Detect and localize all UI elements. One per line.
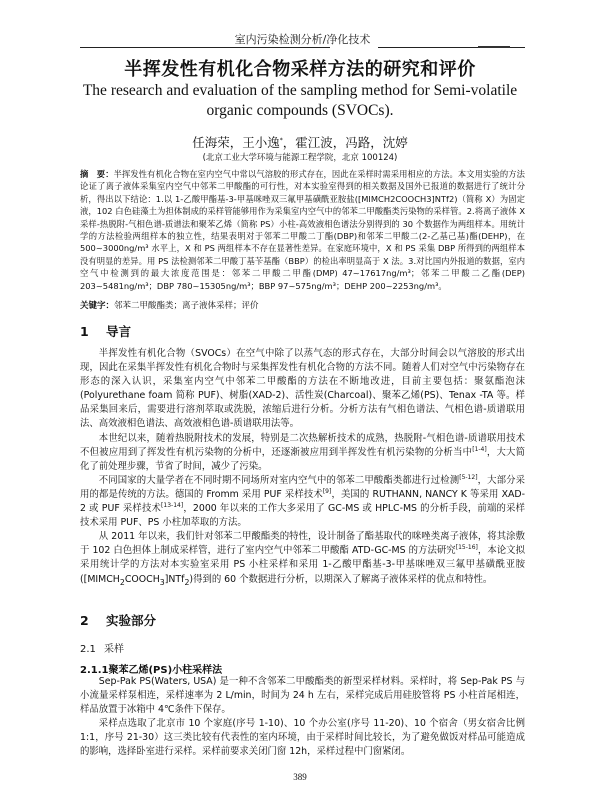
affiliation: (北京工业大学环境与能源工程学院，北京 100124) <box>0 151 600 163</box>
text-run: 本世纪以来，随着热脱附技术的发展，特别是二次热解析技术的成熟，热脱附-气相色谱-… <box>80 433 525 458</box>
keywords-label: 关键字： <box>80 301 114 311</box>
title-english: The research and evaluation of the sampl… <box>70 81 530 121</box>
header-rule-gap <box>330 46 378 49</box>
keywords-text: 邻苯二甲酸酯类；离子液体采样；评价 <box>114 301 259 311</box>
text-run: ]NTf <box>165 574 185 585</box>
subsubsection-heading: 2.1.1聚苯乙烯(PS)小柱采样法 <box>80 661 222 676</box>
paragraph: Sep-Pak PS(Waters, USA) 是一种不含邻苯二甲酸酯类的新型采… <box>80 675 525 717</box>
section-title: 实验部分 <box>106 613 156 628</box>
text-run: )得到的 60 个数据进行分析，以期深入了解离子液体采样的优点和特性。 <box>189 574 492 585</box>
paragraph: 从 2011 年以来，我们针对邻苯二甲酸酯类的特性，设计制备了酯基取代的咪唑类离… <box>80 530 525 589</box>
keywords: 关键字：邻苯二甲酸酯类；离子液体采样；评价 <box>80 299 525 311</box>
section-1-body: 半挥发性有机化合物（SVOCs）在空气中除了以蒸气态的形式存在，大部分时间会以气… <box>80 347 525 589</box>
citation: [13-14] <box>161 502 183 509</box>
section-number: 2 <box>80 613 106 628</box>
page-number: 389 <box>0 772 600 782</box>
author-list: 任海荣，王小逸*，霍江波，冯路，沈婷 <box>0 133 600 151</box>
running-head: 室内污染检测分析/净化技术 <box>80 33 525 47</box>
abstract: 摘 要：半挥发性有机化合物在室内空气中常以气溶胶的形式存在，因此在采样时需采用相… <box>80 168 525 292</box>
citation: [5-12] <box>459 474 477 481</box>
header-rule-accent <box>478 46 510 48</box>
section-heading-1: 1导言 <box>80 322 131 340</box>
abstract-label: 摘 要： <box>80 169 114 179</box>
paragraph: 半挥发性有机化合物（SVOCs）在空气中除了以蒸气态的形式存在，大部分时间会以气… <box>80 347 525 432</box>
abstract-text: 半挥发性有机化合物在室内空气中常以气溶胶的形式存在，因此在采样时需采用相应的方法… <box>80 169 525 291</box>
header-rule <box>80 47 525 48</box>
citation: [1-4] <box>472 446 486 453</box>
title-chinese: 半挥发性有机化合物采样方法的研究和评价 <box>0 55 600 81</box>
paper-page: 室内污染检测分析/净化技术 半挥发性有机化合物采样方法的研究和评价 The re… <box>0 0 600 795</box>
authors-first: 任海荣，王小逸 <box>192 135 280 150</box>
citation: [15-16] <box>456 544 478 551</box>
section-2-body: Sep-Pak PS(Waters, USA) 是一种不含邻苯二甲酸酯类的新型采… <box>80 675 525 760</box>
text-run: 不同国家的大量学者在不同时期不同场所对室内空气中的邻苯二甲酸酯类都进行过检测 <box>99 475 459 486</box>
authors-rest: ，霍江波，冯路，沈婷 <box>283 135 408 150</box>
subsection-heading: 2.1采样 <box>80 640 124 655</box>
section-number: 1 <box>80 324 106 339</box>
paragraph: 采样点选取了北京市 10 个家庭(序号 1-10)、10 个办公室(序号 11-… <box>80 717 525 759</box>
section-heading-2: 2实验部分 <box>80 611 156 629</box>
text-run: COOCH <box>125 574 160 585</box>
paragraph: 不同国家的大量学者在不同时期不同场所对室内空气中的邻苯二甲酸酯类都进行过检测[5… <box>80 474 525 530</box>
paragraph: 本世纪以来，随着热脱附技术的发展，特别是二次热解析技术的成熟，热脱附-气相色谱-… <box>80 432 525 474</box>
subsection-number: 2.1 <box>80 644 104 655</box>
section-title: 导言 <box>106 324 131 339</box>
subsection-title: 采样 <box>104 644 124 655</box>
